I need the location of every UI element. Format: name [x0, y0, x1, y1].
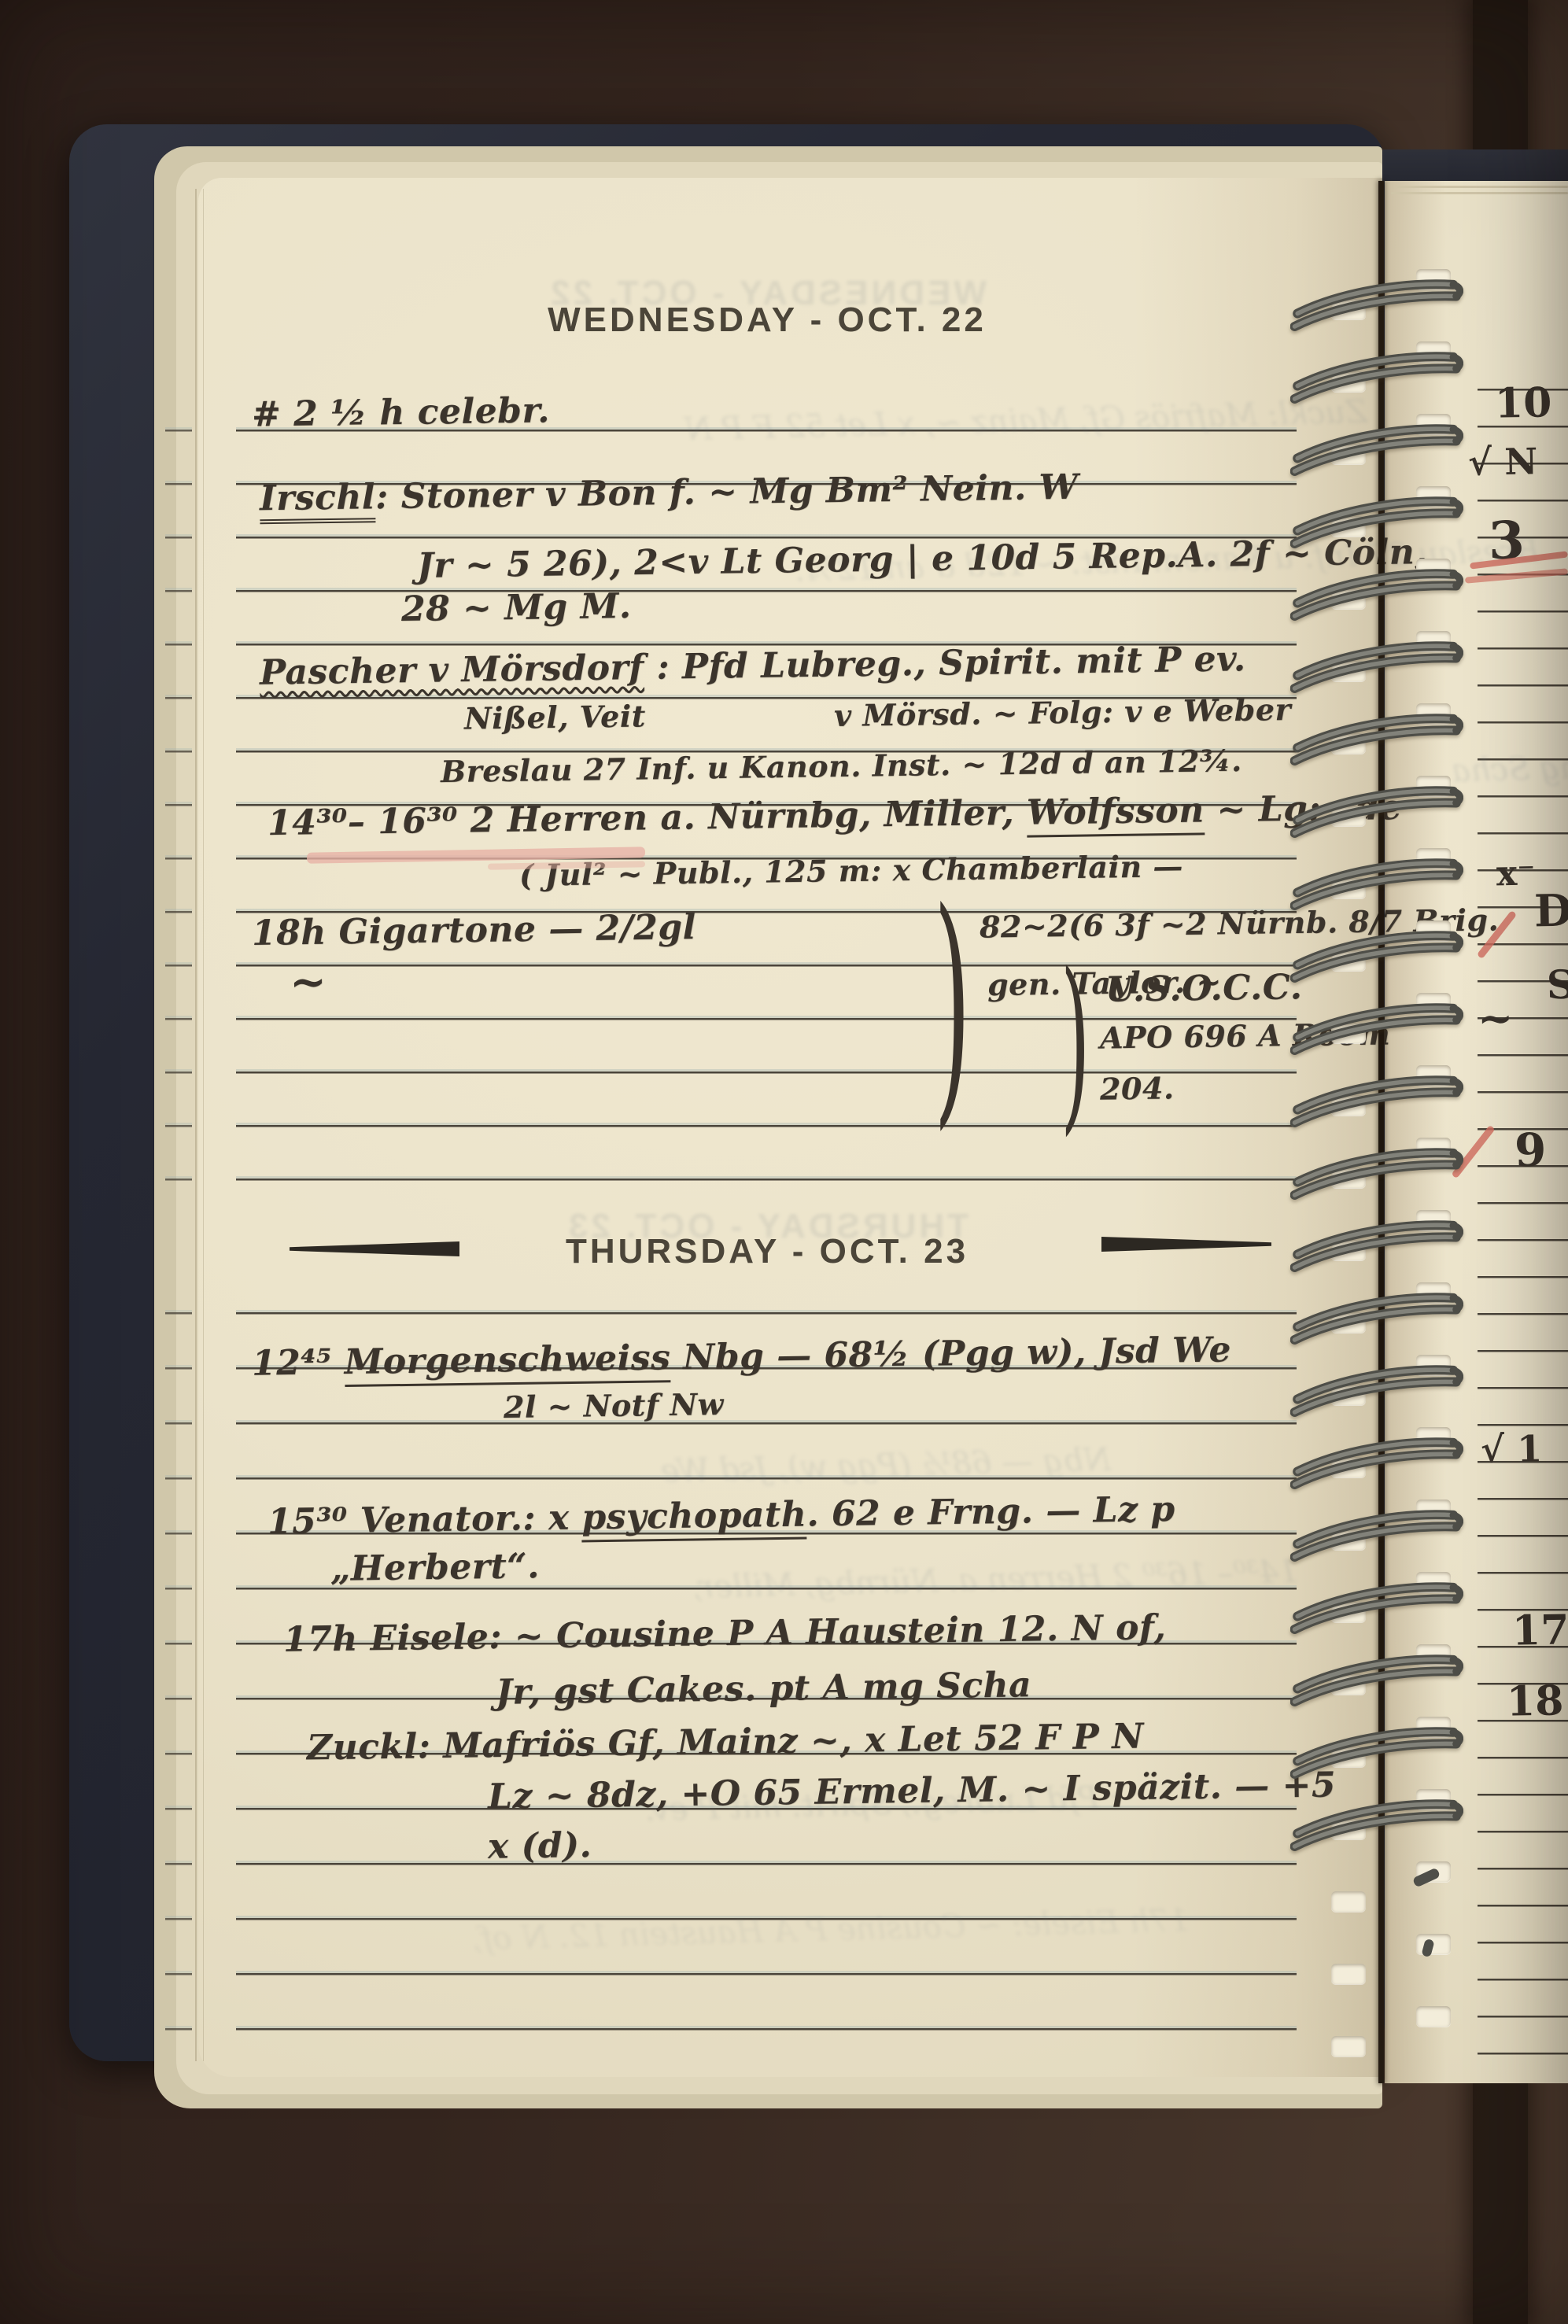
wire-loop [1290, 1640, 1463, 1712]
wire-loop [1290, 1784, 1463, 1857]
wire-loop [1290, 988, 1463, 1061]
wire-loop [1290, 1495, 1463, 1567]
wire-loop [1290, 1278, 1463, 1350]
wire-loop [1290, 481, 1463, 554]
punch-slot [1331, 2036, 1366, 2057]
wire-loop [1290, 1061, 1463, 1133]
wire-loop [1290, 843, 1463, 916]
punch-slot [1331, 1964, 1366, 1984]
wire-loop [1290, 626, 1463, 699]
wire-loop [1290, 1422, 1463, 1495]
punch-slot [1331, 1891, 1366, 1912]
wire-loop [1290, 916, 1463, 988]
wire-loop [1290, 699, 1463, 771]
wire-loop [1290, 337, 1463, 409]
wire-loop [1290, 1567, 1463, 1640]
diary-photo: { "wednesday": { "header": "WEDNESDAY - … [0, 0, 1568, 2324]
punch-slot [1416, 2006, 1451, 2027]
spiral-binding [0, 0, 1568, 2324]
wire-loop [1290, 409, 1463, 481]
wire-loop [1290, 1712, 1463, 1784]
wire-loop [1290, 1205, 1463, 1278]
wire-loop [1290, 1350, 1463, 1422]
wire-loop [1290, 554, 1463, 626]
wire-loop [1290, 264, 1463, 337]
wire-loop [1290, 1133, 1463, 1205]
wire-loop [1290, 771, 1463, 843]
